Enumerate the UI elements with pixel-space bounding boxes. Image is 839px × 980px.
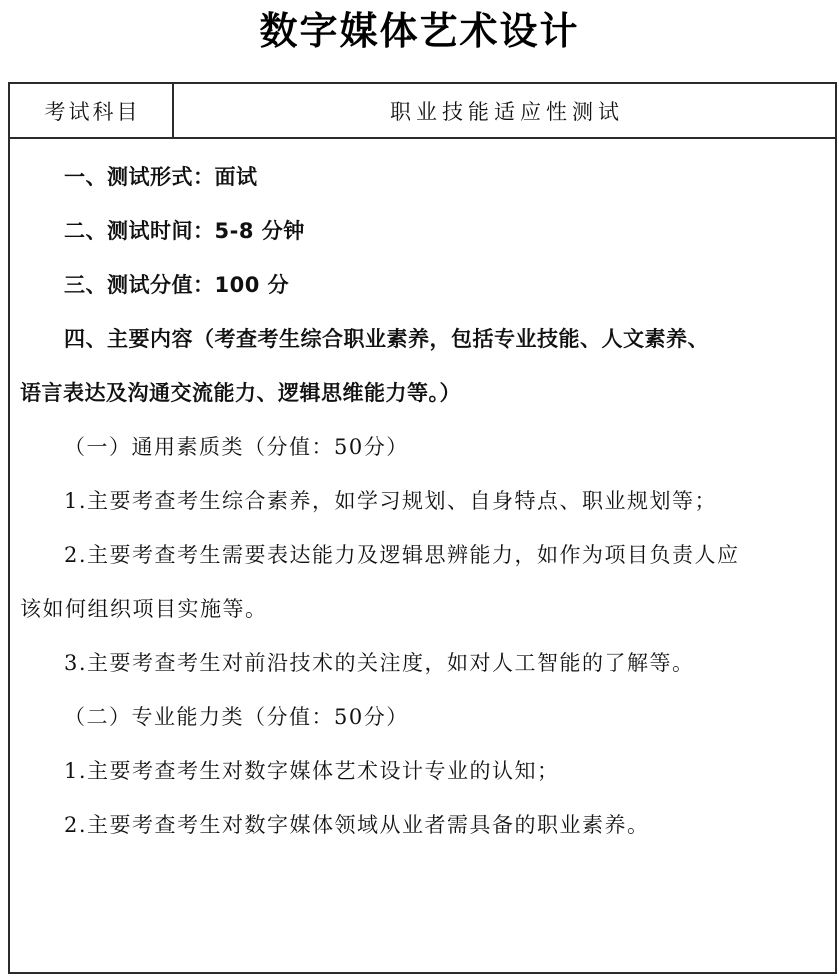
page-title: 数字媒体艺术设计	[0, 8, 839, 56]
test-duration-line: 二、测试时间：5-8 分钟	[20, 204, 825, 258]
table-header-row: 考试科目 职业技能适应性测试	[10, 84, 835, 139]
test-format-line: 一、测试形式：面试	[20, 150, 825, 204]
main-content-line-1: 四、主要内容（考查考生综合职业素养，包括专业技能、人文素养、	[20, 312, 825, 366]
main-content-line-2: 语言表达及沟通交流能力、逻辑思维能力等。）	[20, 366, 825, 420]
general-quality-heading: （一）通用素质类（分值：50分）	[20, 420, 825, 474]
general-item-1: 1.主要考查考生综合素养，如学习规划、自身特点、职业规划等；	[20, 474, 825, 528]
general-item-2-line-1: 2.主要考查考生需要表达能力及逻辑思辨能力，如作为项目负责人应	[20, 528, 825, 582]
professional-item-1: 1.主要考查考生对数字媒体艺术设计专业的认知；	[20, 744, 825, 798]
exam-table: 考试科目 职业技能适应性测试 一、测试形式：面试 二、测试时间：5-8 分钟 三…	[8, 82, 837, 974]
exam-subject-label-cell: 考试科目	[10, 84, 174, 137]
test-score-line: 三、测试分值：100 分	[20, 258, 825, 312]
general-item-3: 3.主要考查考生对前沿技术的关注度，如对人工智能的了解等。	[20, 636, 825, 690]
professional-ability-heading: （二）专业能力类（分值：50分）	[20, 690, 825, 744]
professional-item-2: 2.主要考查考生对数字媒体领域从业者需具备的职业素养。	[20, 798, 825, 852]
table-content-cell: 一、测试形式：面试 二、测试时间：5-8 分钟 三、测试分值：100 分 四、主…	[10, 139, 835, 972]
exam-subject-value-cell: 职业技能适应性测试	[174, 84, 835, 137]
general-item-2-line-2: 该如何组织项目实施等。	[20, 582, 825, 636]
